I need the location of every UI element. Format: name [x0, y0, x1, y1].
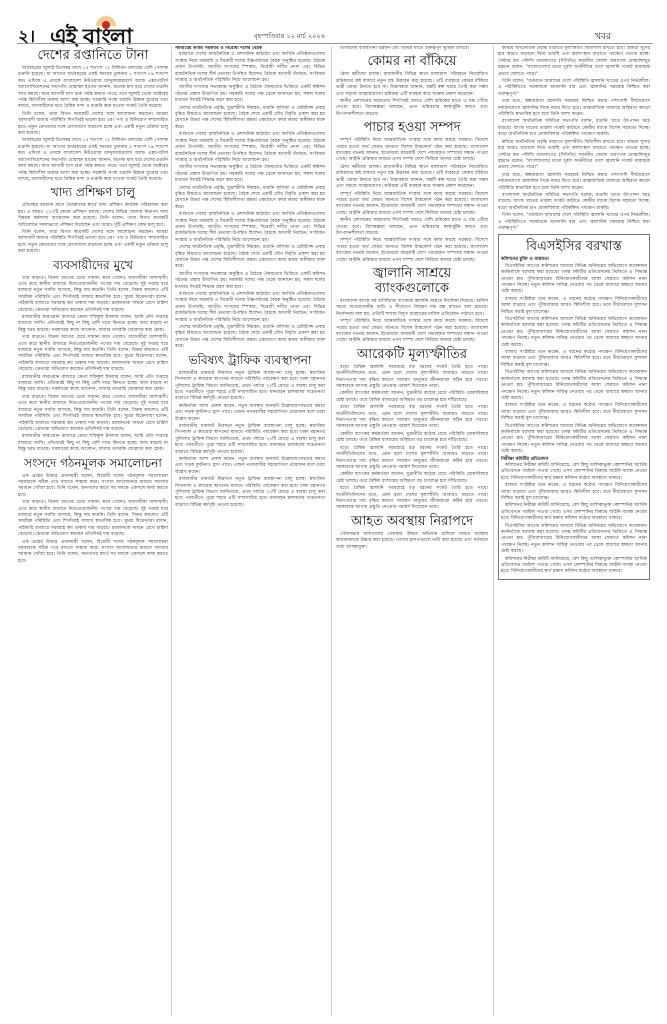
article-body: ঠেলা কর্মীদের চালক। রাজধানীর বিভিন্ন স্থ…	[336, 72, 488, 98]
article-body: রাজধানীর কারওয়ান বাজারে ক্রেতা শফিকুল ই…	[18, 375, 168, 394]
column-2: সমবায়ের কাজী সরকারি ও বিরোধী দলের বৈঠক …	[175, 46, 325, 1016]
article-body: বিএসইসির আগের কমিশনের আমলে বিভিন্ন অনিয়…	[501, 424, 647, 456]
column-divider	[331, 46, 332, 1016]
article-body: সম্পূর্ণ পরিস্থিতি নিয়ে আন্তর্জাতিক সংস…	[336, 138, 488, 164]
headline-traders: ব্যবসায়ীদের মুখে	[18, 258, 168, 273]
article-body: কর্মকর্তারা আশা প্রকাশ করেন, নতুন ব্যবস্…	[175, 404, 325, 423]
article-body: তিনি বলেন, "বর্তমানে আমাদের দেশে পরিস্থি…	[498, 213, 650, 232]
article-body: পৌরসভার আশপাশের এলাকায় উদ্ধার অভিযান চা…	[336, 532, 488, 551]
article-body: এক প্রশ্নের উত্তরে প্রধানমন্ত্রী বলেন, ব…	[18, 474, 168, 500]
article-body: তার বাড়তে। বিক্রয় আগের চেয়ে সামান্য ক…	[18, 395, 168, 433]
article-body: দেশের অর্থনৈতিক প্রবৃদ্ধি, মুদ্রাস্ফীতি …	[175, 186, 325, 212]
article-body: ঠেলা কর্মীদের চালক। রাজধানীর বিভিন্ন স্থ…	[336, 165, 488, 191]
headline-export: দেশের রপ্তানিতে টানা	[18, 48, 168, 63]
article-body: প্রতিবছর রমজান মাসে ভোক্তাদের স্বার্থে খ…	[18, 203, 168, 229]
article-body: বিএসইসির আগের কমিশনের আমলে বিভিন্ন অনিয়…	[501, 370, 647, 402]
column-3: ডিজিটাল ব্যবস্থাপনা উন্নয়ন এবং বিভিন্ন …	[336, 46, 488, 1016]
logo-dot-icon	[102, 21, 110, 29]
article-body: কেন্দ্রীয় ব্যাংকের কর্মকর্তারা জানান, ম…	[336, 432, 488, 445]
article-body: বাংলাদেশ অর্থনৈতিক সমিতির সভাপতি বলেন, র…	[498, 193, 650, 212]
article-body: বর্তমানে দেশের রাজনৈতিক ও প্রশাসনিক কাঠা…	[175, 212, 325, 244]
article-body: তার মতে, স্বল্পমেয়াদে জ্বালানি সরবরাহ ন…	[498, 173, 650, 192]
masthead: ২। এই বাংলা বৃহস্পতিবার ১২ মার্চ ২০২৬ খব…	[0, 0, 667, 40]
headline-food-training: খাদ্য প্রশিক্ষণ চালু	[18, 185, 168, 200]
article-body: কেন্দ্রীয় ব্যাংকের কর্মকর্তারা জানান, ম…	[336, 472, 488, 485]
article-body: বর্তমানে দেশের রাজনৈতিক ও প্রশাসনিক কাঠা…	[175, 292, 325, 324]
article-body: জাতীয় সংসদের সভাকক্ষে অনুষ্ঠিত এ বৈঠকে …	[175, 272, 325, 291]
article-body: রাজধানীর যানজট নিরসনে নতুন ট্রাফিক ব্যবস…	[175, 371, 325, 403]
headline-traffic: ভবিষ্যৎ ট্রাফিক ব্যবস্থাপনা	[175, 353, 325, 368]
section-label: খবর	[595, 29, 611, 44]
article-box: বিএসইসির বরখাস্ত কমিশনের চুক্তি ও বাস্তব…	[498, 234, 650, 580]
article-body: রাজধানীর কারওয়ান বাজারে ক্রেতা শফিকুল ই…	[18, 315, 168, 334]
article-body: দেশের অর্থনৈতিক প্রবৃদ্ধি, মুদ্রাস্ফীতি …	[175, 245, 325, 271]
headline-waist: কোমর না বাঁকিয়ে	[336, 54, 488, 69]
article-body: অর্থবছরের জুলাই-ডিসেম্বর মাসে ১৫ শতাংশ ১…	[18, 66, 168, 111]
article-body: কেন্দ্রীয় ব্যাংকের কর্মকর্তারা জানান, ম…	[336, 391, 488, 404]
headline-inflation: আরেকটি মূল্যস্ফীতির	[336, 347, 488, 362]
issue-date: বৃহস্পতিবার ১২ মার্চ ২০২৬	[254, 31, 325, 42]
article-body: তিনি বলেন, তারা বিগত কয়েকটি দেশের সঙ্গে…	[18, 112, 168, 138]
article-body: বড়ো বৈশ্বিক জ্বালানি সরবরাহে বড় ধরনের …	[336, 365, 488, 391]
article-body: বাজার সংশ্লিষ্টরা মনে করেন, এ ধরনের কঠোর…	[501, 483, 647, 502]
article-body: তিনি বলেন, "বর্তমানে আমাদের দেশে পরিস্থি…	[498, 79, 650, 98]
column-divider	[493, 46, 494, 1016]
article-body: কর্মকর্তারা আশা প্রকাশ করেন, নতুন ব্যবস্…	[175, 457, 325, 476]
article-body: তার বাড়তে। বিক্রয় আগের চেয়ে সামান্য ক…	[18, 500, 168, 538]
article-body: স্থানীয় প্রশাসনের সহায়তায় শিগগিরই আরও…	[336, 99, 488, 118]
article-body: বর্তমানে দেশের রাজনৈতিক ও প্রশাসনিক কাঠা…	[175, 132, 325, 164]
headline-injured-rescued: আহত অবস্থায় নিরাপদে	[336, 514, 488, 529]
article-body: তার বাড়তে। বিক্রয় আগের চেয়ে সামান্য ক…	[18, 335, 168, 373]
article-body: দেশের অর্থনৈতিক প্রবৃদ্ধি, মুদ্রাস্ফীতি …	[175, 325, 325, 351]
article-body: বাজার সংশ্লিষ্টরা মনে করেন, এ ধরনের কঠোর…	[501, 403, 647, 422]
headline-energy-saving: জ্বালানি সাশ্রয়ে ব্যাংকগুলোকে	[336, 266, 488, 296]
headline-laundered-assets: পাচার হওয়া সম্পদ	[336, 120, 488, 135]
article-body: কমিয়ে অর্থনৈতিক প্রবৃদ্ধি বাড়াতে মূল্য…	[498, 140, 650, 172]
article-body: সম্পূর্ণ পরিস্থিতি নিয়ে আন্তর্জাতিক সংস…	[336, 192, 488, 218]
article-body: জাতীয় সংসদের সভাকক্ষে অনুষ্ঠিত এ বৈঠকে …	[175, 85, 325, 104]
article-body: রাজধানীর যানজট নিরসনে নতুন ট্রাফিক ব্যবস…	[175, 424, 325, 456]
article-body: অর্থবছরের জুলাই-ডিসেম্বর মাসে ১৫ শতাংশ ১…	[18, 138, 168, 183]
article-lead: ডিজিটাল ব্যবস্থাপনা উন্নয়ন এবং বিভিন্ন …	[336, 46, 488, 52]
article-body: তার মতে, স্বল্পমেয়াদে জ্বালানি সরবরাহ ন…	[498, 99, 650, 118]
article-body: বিএসইসির আগের কমিশনের আমলে বিভিন্ন অনিয়…	[501, 264, 647, 296]
article-body: সম্পূর্ণ পরিস্থিতি নিয়ে আন্তর্জাতিক সংস…	[336, 238, 488, 264]
article-body: বড়ো বৈশ্বিক জ্বালানি সরবরাহে বড় ধরনের …	[336, 405, 488, 431]
article-body: কমিশনের নিরীক্ষা কমিটি জানিয়েছে, বেশ কি…	[501, 557, 647, 576]
column-1: দেশের রপ্তানিতে টানা অর্থবছরের জুলাই-ডিস…	[18, 46, 168, 1016]
header-rule	[17, 43, 653, 44]
article-body: বড়ো বৈশ্বিক জ্বালানি সরবরাহে বড় ধরনের …	[336, 446, 488, 472]
article-body: কমিশনের নিরীক্ষা কমিটি জানিয়েছে, বেশ কি…	[501, 463, 647, 482]
article-body: রাজধানীর যানজট নিরসনে নতুন ট্রাফিক ব্যবস…	[175, 477, 325, 509]
article-body: বর্তমানে দেশের রাজনৈতিক ও প্রশাসনিক কাঠা…	[175, 52, 325, 84]
article-body: বিএসইসির আগের কমিশনের আমলে বিভিন্ন অনিয়…	[501, 524, 647, 556]
article-body: বাজার সংশ্লিষ্টরা মনে করেন, এ ধরনের কঠোর…	[501, 350, 647, 369]
article-body: বাজার সংশ্লিষ্টরা মনে করেন, এ ধরনের কঠোর…	[501, 297, 647, 316]
article-body: বাংলাদেশ অর্থনৈতিক সমিতির সভাপতি বলেন, র…	[498, 119, 650, 138]
article-body: সম্পূর্ণ পরিস্থিতি নিয়ে আন্তর্জাতিক সংস…	[336, 319, 488, 345]
article-body: বাংলাদেশ ব্যাংক সব বাণিজ্যিক ব্যাংককে জ্…	[336, 299, 488, 318]
column-4: কমিয়ে অর্থনৈতিক প্রবৃদ্ধি বাড়াতে মূল্য…	[498, 46, 650, 1016]
article-body: স্থানীয় প্রশাসনের সহায়তায় শিগগিরই আরও…	[336, 218, 488, 237]
headline-bsec-dismissal: বিএসইসির বরখাস্ত	[501, 239, 647, 254]
article-body: তার বাড়তে। বিক্রয় আগের চেয়ে সামান্য ক…	[18, 276, 168, 314]
article-body: দেশের অর্থনৈতিক প্রবৃদ্ধি, মুদ্রাস্ফীতি …	[175, 106, 325, 132]
article-body: তিনি বলেন, তারা বিগত কয়েকটি দেশের সঙ্গে…	[18, 230, 168, 256]
article-body: রাজধানীর কারওয়ান বাজারে ক্রেতা শফিকুল ই…	[18, 434, 168, 453]
article-body: এক প্রশ্নের উত্তরে প্রধানমন্ত্রী বলেন, ব…	[18, 540, 168, 566]
article-body: কমিয়ে অর্থনৈতিক প্রবৃদ্ধি বাড়াতে মূল্য…	[498, 46, 650, 78]
article-body: বিএসইসির আগের কমিশনের আমলে বিভিন্ন অনিয়…	[501, 317, 647, 349]
article-body: জাতীয় সংসদের সভাকক্ষে অনুষ্ঠিত এ বৈঠকে …	[175, 165, 325, 184]
article-body: কমিশনের নিরীক্ষা কমিটি জানিয়েছে, বেশ কি…	[501, 503, 647, 522]
column-divider	[171, 46, 172, 1016]
headline-parliament: সংসদে গঠনমূলক সমালোচনা	[18, 456, 168, 471]
article-body: বড়ো বৈশ্বিক জ্বালানি সরবরাহে বড় ধরনের …	[336, 486, 488, 512]
